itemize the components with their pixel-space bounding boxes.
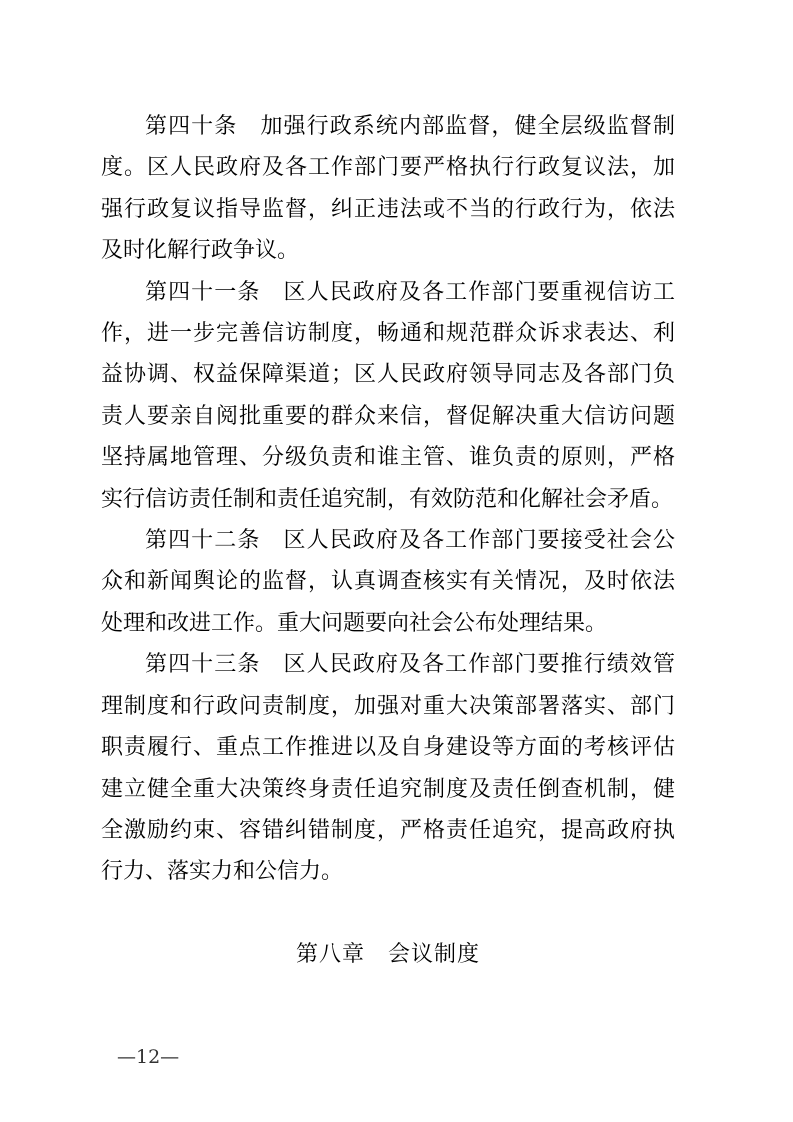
document-body: 第四十条 加强行政系统内部监督，健全层级监督制 度。区人民政府及各工作部门要严格… — [101, 105, 675, 975]
text-line: 度。区人民政府及各工作部门要严格执行行政复议法，加 — [101, 146, 675, 187]
document-page: 第四十条 加强行政系统内部监督，健全层级监督制 度。区人民政府及各工作部门要严格… — [0, 0, 793, 1122]
text-line: 全激励约束、容错纠错制度，严格责任追究，提高政府执 — [101, 809, 675, 850]
text-line: 坚持属地管理、分级负责和谁主管、谁负责的原则，严格 — [101, 436, 675, 477]
text-line: 处理和改进工作。重大问题要向社会公布处理结果。 — [101, 602, 675, 643]
text-line: 责人要亲自阅批重要的群众来信，督促解决重大信访问题 — [101, 395, 675, 436]
text-line: 实行信访责任制和责任追究制，有效防范和化解社会矛盾。 — [101, 478, 675, 519]
text-line: 第四十一条 区人民政府及各工作部门要重视信访工 — [101, 271, 675, 312]
text-line: 第四十三条 区人民政府及各工作部门要推行绩效管 — [101, 643, 675, 684]
article-paragraph-42: 第四十二条 区人民政府及各工作部门要接受社会公 众和新闻舆论的监督，认真调查核实… — [101, 519, 675, 643]
text-line: 众和新闻舆论的监督，认真调查核实有关情况，及时依法 — [101, 560, 675, 601]
article-paragraph-40: 第四十条 加强行政系统内部监督，健全层级监督制 度。区人民政府及各工作部门要严格… — [101, 105, 675, 271]
text-line: 第四十条 加强行政系统内部监督，健全层级监督制 — [101, 105, 675, 146]
text-line: 第四十二条 区人民政府及各工作部门要接受社会公 — [101, 519, 675, 560]
text-line: 及时化解行政争议。 — [101, 229, 675, 270]
article-paragraph-43: 第四十三条 区人民政府及各工作部门要推行绩效管 理制度和行政问责制度，加强对重大… — [101, 643, 675, 891]
text-line: 建立健全重大决策终身责任追究制度及责任倒查机制，健 — [101, 768, 675, 809]
text-line: 强行政复议指导监督，纠正违法或不当的行政行为，依法 — [101, 188, 675, 229]
text-line: 作，进一步完善信访制度，畅通和规范群众诉求表达、利 — [101, 312, 675, 353]
text-line: 益协调、权益保障渠道；区人民政府领导同志及各部门负 — [101, 353, 675, 394]
text-line: 理制度和行政问责制度，加强对重大决策部署落实、部门 — [101, 685, 675, 726]
text-line: 行力、落实力和公信力。 — [101, 850, 675, 891]
chapter-heading: 第八章 会议制度 — [101, 933, 675, 974]
article-paragraph-41: 第四十一条 区人民政府及各工作部门要重视信访工 作，进一步完善信访制度，畅通和规… — [101, 271, 675, 519]
page-number: —12— — [117, 1046, 179, 1068]
text-line: 职责履行、重点工作推进以及自身建设等方面的考核评估 — [101, 726, 675, 767]
